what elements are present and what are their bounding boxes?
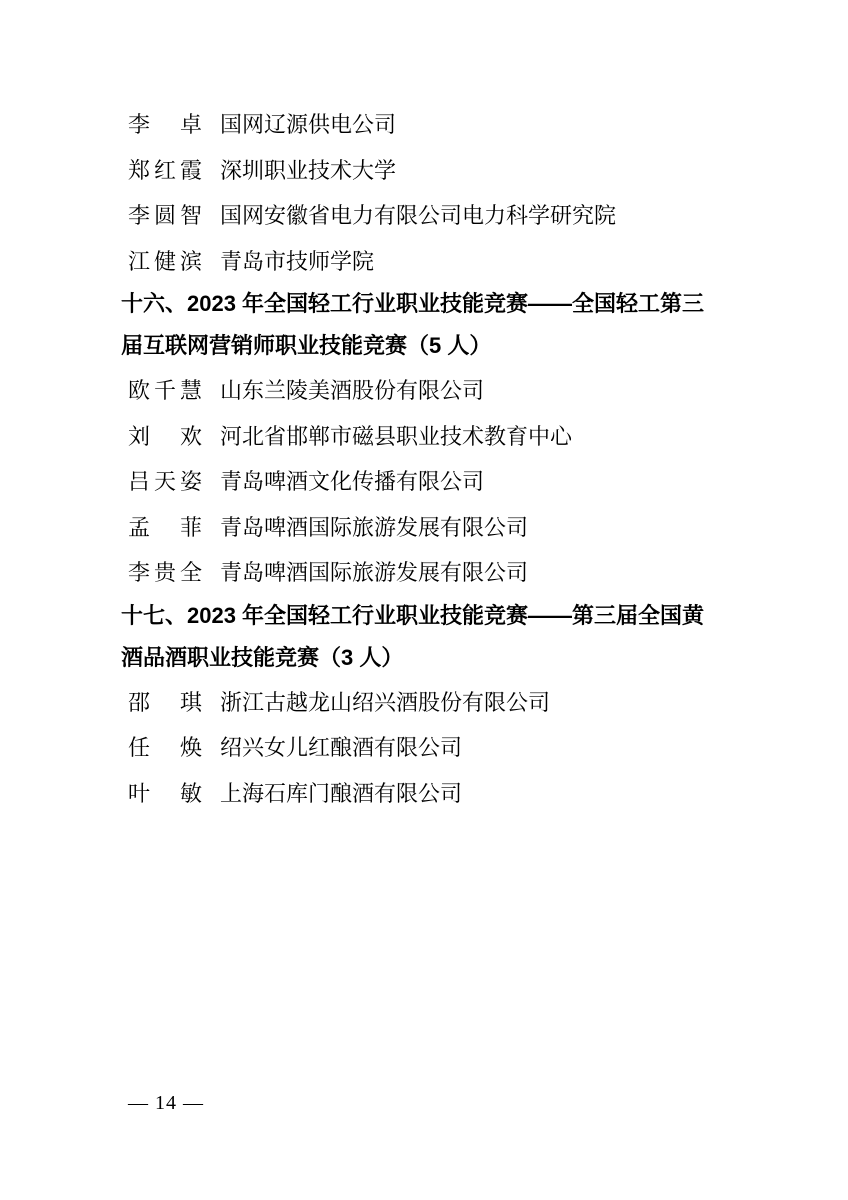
person-name: 李圆智 xyxy=(128,199,202,230)
person-name: 李 卓 xyxy=(128,108,202,139)
person-name: 叶 敏 xyxy=(128,777,202,808)
award-entry: 李 卓 国网辽源供电公司 xyxy=(121,101,733,147)
award-entry: 吕天姿 青岛啤酒文化传播有限公司 xyxy=(121,458,733,504)
person-name: 李贵全 xyxy=(128,556,202,587)
document-content: 李 卓 国网辽源供电公司 郑红霞 深圳职业技术大学 李圆智 国网安徽省电力有限公… xyxy=(121,101,733,815)
person-name: 孟 菲 xyxy=(128,511,202,542)
person-name: 邵 琪 xyxy=(128,686,202,717)
organization-name: 山东兰陵美酒股份有限公司 xyxy=(220,374,484,405)
organization-name: 河北省邯郸市磁县职业技术教育中心 xyxy=(220,420,572,451)
section-heading-line: 届互联网营销师职业技能竞赛（5 人） xyxy=(121,325,733,367)
organization-name: 青岛市技师学院 xyxy=(220,245,374,276)
page-number: — 14 — xyxy=(128,1092,204,1115)
section-heading-line: 酒品酒职业技能竞赛（3 人） xyxy=(121,637,733,679)
award-entry: 欧千慧 山东兰陵美酒股份有限公司 xyxy=(121,367,733,413)
person-name: 刘 欢 xyxy=(128,420,202,451)
award-entry: 邵 琪 浙江古越龙山绍兴酒股份有限公司 xyxy=(121,679,733,725)
award-entry: 刘 欢 河北省邯郸市磁县职业技术教育中心 xyxy=(121,413,733,459)
organization-name: 青岛啤酒国际旅游发展有限公司 xyxy=(220,556,528,587)
section-16: 十六、2023 年全国轻工行业职业技能竞赛——全国轻工第三 届互联网营销师职业技… xyxy=(121,283,733,595)
award-entry: 叶 敏 上海石库门酿酒有限公司 xyxy=(121,770,733,816)
person-name: 郑红霞 xyxy=(128,154,202,185)
person-name: 任 焕 xyxy=(128,731,202,762)
organization-name: 国网辽源供电公司 xyxy=(220,108,396,139)
organization-name: 绍兴女儿红酿酒有限公司 xyxy=(220,731,462,762)
award-entry: 李圆智 国网安徽省电力有限公司电力科学研究院 xyxy=(121,192,733,238)
award-entry: 李贵全 青岛啤酒国际旅游发展有限公司 xyxy=(121,549,733,595)
person-name: 欧千慧 xyxy=(128,374,202,405)
organization-name: 国网安徽省电力有限公司电力科学研究院 xyxy=(220,199,616,230)
section-heading-line: 十七、2023 年全国轻工行业职业技能竞赛——第三届全国黄 xyxy=(121,595,733,637)
award-entry: 江健滨 青岛市技师学院 xyxy=(121,238,733,284)
award-entry: 孟 菲 青岛啤酒国际旅游发展有限公司 xyxy=(121,504,733,550)
award-entry: 任 焕 绍兴女儿红酿酒有限公司 xyxy=(121,724,733,770)
award-entry: 郑红霞 深圳职业技术大学 xyxy=(121,147,733,193)
organization-name: 青岛啤酒国际旅游发展有限公司 xyxy=(220,511,528,542)
section-17: 十七、2023 年全国轻工行业职业技能竞赛——第三届全国黄 酒品酒职业技能竞赛（… xyxy=(121,595,733,816)
organization-name: 浙江古越龙山绍兴酒股份有限公司 xyxy=(220,686,550,717)
organization-name: 上海石库门酿酒有限公司 xyxy=(220,777,462,808)
organization-name: 青岛啤酒文化传播有限公司 xyxy=(220,465,484,496)
person-name: 吕天姿 xyxy=(128,465,202,496)
document-page: 李 卓 国网辽源供电公司 郑红霞 深圳职业技术大学 李圆智 国网安徽省电力有限公… xyxy=(0,0,848,1200)
organization-name: 深圳职业技术大学 xyxy=(220,154,396,185)
section-heading-line: 十六、2023 年全国轻工行业职业技能竞赛——全国轻工第三 xyxy=(121,283,733,325)
person-name: 江健滨 xyxy=(128,245,202,276)
